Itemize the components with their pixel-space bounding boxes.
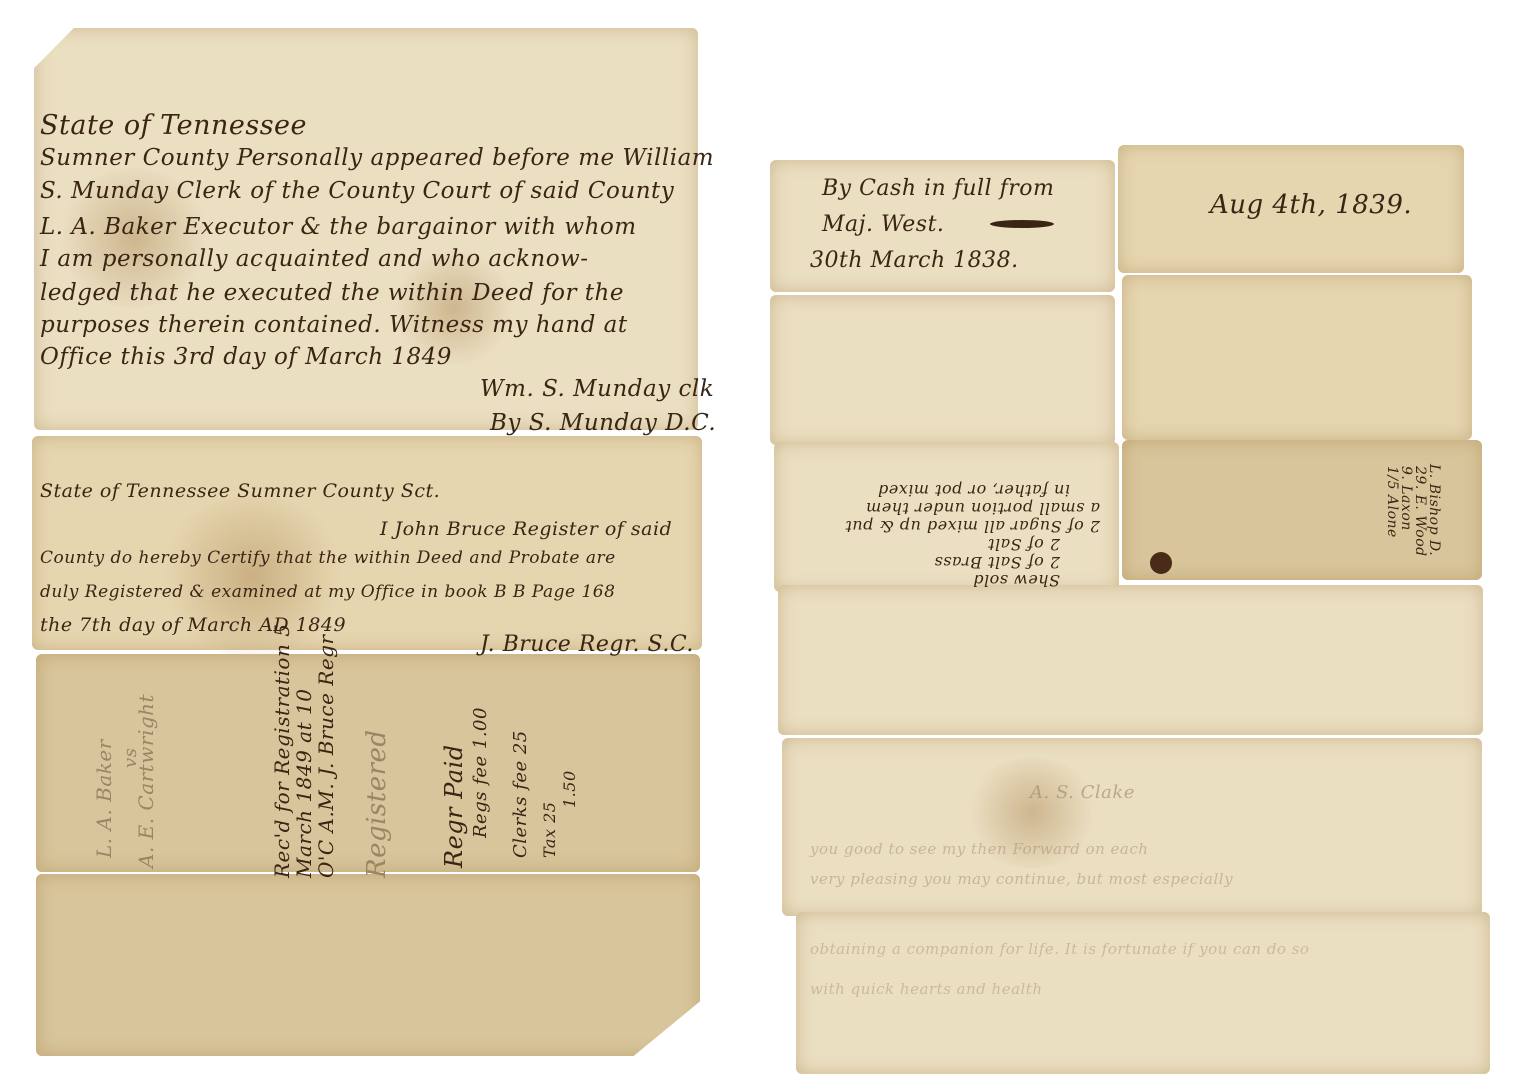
top-right-date: Aug 4th, 1839. <box>1210 190 1412 220</box>
s1-line-7: Office this 3rd day of March 1849 <box>40 344 452 370</box>
s2-signature: J. Bruce Regr. S.C. <box>480 632 694 657</box>
bleed-line-3: obtaining a companion for life. It is fo… <box>810 940 1309 958</box>
margin-list-line-0: L. Bishop D. <box>1426 464 1442 556</box>
s3-line-6: Registered <box>362 729 392 878</box>
s2-line-0: State of Tennessee Sumner County Sct. <box>40 480 440 502</box>
s2-line-2: County do hereby Certify that the within… <box>40 548 616 568</box>
s1-line-2: S. Munday Clerk of the County Court of s… <box>40 178 674 204</box>
left-document: State of Tennessee Sumner County Persona… <box>30 18 710 1058</box>
s3-line-7: Regr Paid <box>440 744 468 868</box>
s3-line-10: Tax 25 <box>540 802 559 858</box>
s1-line-3: L. A. Baker Executor & the bargainor wit… <box>40 214 637 240</box>
margin-list-line-1: 29. E. Wood <box>1412 466 1428 557</box>
right-panel-r2-right <box>1122 275 1472 440</box>
bleed-line-2: very pleasing you may continue, but most… <box>810 870 1233 888</box>
s2-line-4: the 7th day of March AD 1849 <box>40 614 346 636</box>
s1-line-1: Sumner County Personally appeared before… <box>40 145 714 171</box>
s1-line-5: ledged that he executed the within Deed … <box>40 280 624 306</box>
right-document: By Cash in full from Maj. West. 30th Mar… <box>770 140 1500 1080</box>
s3-line-11: 1.50 <box>560 770 579 808</box>
margin-list-line-2: 9. Laxon <box>1398 466 1414 531</box>
s1-line-0: State of Tennessee <box>40 110 307 141</box>
inverted-line-2: 2 of Salt <box>988 535 1060 554</box>
s1-signature-1: Wm. S. Munday clk <box>480 376 714 402</box>
inverted-line-3: 2 of Sugar all mixed up & put <box>845 517 1100 536</box>
s3-line-9: Clerks fee 25 <box>510 730 531 858</box>
s2-line-1: I John Bruce Register of said <box>380 518 672 540</box>
s3-line-2: A. E. Cartwright <box>134 694 158 868</box>
receipt-line-0: By Cash in full from <box>822 176 1054 201</box>
s1-line-6: purposes therein contained. Witness my h… <box>40 312 628 338</box>
margin-list-line-3: 1/5 Alone <box>1384 466 1400 538</box>
s3-line-4: March 1849 at 10 <box>292 689 316 878</box>
inverted-line-0: Shew sold <box>973 571 1060 590</box>
s3-line-5: O'C A.M. J. Bruce Regr <box>314 634 338 878</box>
s3-line-8: Regs fee 1.00 <box>470 707 491 838</box>
s1-signature-2: By S. Munday D.C. <box>490 410 716 436</box>
receipt-line-1: Maj. West. <box>822 212 944 237</box>
s3-line-3: Rec'd for Registration 5 <box>270 624 294 878</box>
s2-line-3: duly Registered & examined at my Office … <box>40 582 615 602</box>
s1-line-4: I am personally acquainted and who ackno… <box>40 246 589 272</box>
ink-flourish <box>990 220 1054 228</box>
inverted-line-5: in father, or pot mixed <box>877 481 1070 500</box>
bleed-line-0: A. S. Clake <box>1030 782 1135 803</box>
ink-blot <box>1150 552 1172 574</box>
left-panel-4 <box>36 874 700 1056</box>
right-panel-r2-left <box>770 295 1115 445</box>
inverted-line-4: a small portion under them <box>866 499 1100 518</box>
s3-line-0: L. A. Baker <box>92 739 116 858</box>
right-panel-r4 <box>778 585 1483 735</box>
receipt-line-2: 30th March 1838. <box>810 248 1019 273</box>
bleed-line-4: with quick hearts and health <box>810 980 1043 998</box>
bleed-line-1: you good to see my then Forward on each <box>810 840 1148 858</box>
right-panel-r5 <box>782 738 1482 916</box>
inverted-line-1: 2 of Salt Brass <box>934 553 1060 572</box>
